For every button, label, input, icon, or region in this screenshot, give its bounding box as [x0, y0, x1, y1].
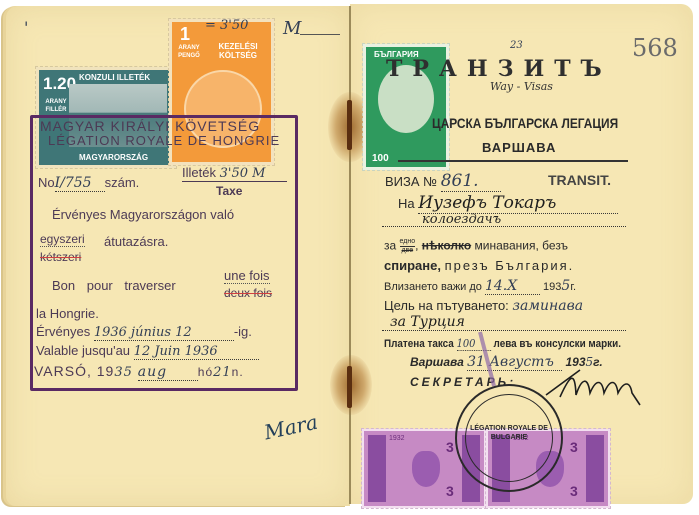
- purpose-label: Цель на пътуването:: [384, 298, 509, 313]
- staple-top: [347, 100, 352, 150]
- issue-place-label: VARSÓ, 19: [34, 363, 114, 379]
- visa-number-bg: 861.: [441, 171, 501, 192]
- city-title: ВАРШАВА: [482, 140, 556, 155]
- valid-until-hu-row: Érvényes 1936 június 12-ig.: [36, 324, 252, 341]
- for-label: за: [384, 239, 396, 253]
- twice-option-fr-struck: deux fois: [224, 286, 272, 300]
- visa-number-row-bg: ВИЗА № 861.: [385, 171, 501, 192]
- corner-line: [300, 34, 340, 35]
- legation-name-hu: MAGYAR KIRÁLYI KÖVETSÉG: [40, 118, 260, 134]
- visa-number: I/755: [55, 175, 105, 192]
- traverse-text-fr: Bon pour traverser: [52, 278, 176, 293]
- way-visas-subtitle: Way - Visas: [490, 80, 553, 93]
- holder-row: На Иузефъ Токаръ: [398, 193, 618, 214]
- issue-year: 35: [114, 365, 133, 380]
- stamp-denomination: ARANY PENGŐ: [174, 44, 204, 60]
- holder-name: Иузефъ Токаръ: [418, 193, 618, 214]
- issue-date-row: VARSÓ, 1935 aughó21n.: [34, 363, 244, 381]
- valid-until-value-fr: 12 Juin 1936: [134, 344, 259, 360]
- stop-text: спиране,: [384, 258, 441, 273]
- once-option-bg: едно: [400, 238, 416, 247]
- stamp-value: 3: [570, 483, 578, 499]
- valid-text-hu: Érvényes Magyarországon való: [52, 207, 234, 222]
- header-rule: [398, 160, 628, 162]
- lion-crest-icon: [412, 451, 440, 487]
- country-text-fr: la Hongrie.: [36, 306, 99, 321]
- valid-until-fr-row: Valable jusqu'au 12 Juin 1936: [36, 343, 259, 360]
- through-row: спиране, презъ България.: [384, 258, 574, 273]
- valid-until-label-hu: Érvényes: [36, 324, 90, 339]
- fee-row: Illeték 3'50 M: [182, 165, 287, 182]
- page-number: 23: [510, 40, 523, 51]
- through-text: презъ България.: [445, 258, 575, 273]
- secretary-signature: [540, 365, 650, 410]
- entry-year-prefix: 193: [543, 281, 561, 293]
- entry-valid-label: Влизането важи до: [384, 281, 482, 293]
- violet-ink-mark: [470, 330, 510, 390]
- stamp-title: KEZELÉSI KÖLTSÉG: [208, 42, 268, 60]
- valid-until-suffix-hu: -ig.: [234, 324, 252, 339]
- fee-suffix: лева въ консулски марки.: [494, 338, 621, 350]
- legation-round-seal: LÉGATION ROYALE DE BULGARIE: [455, 384, 563, 492]
- stamp-value: 3: [446, 439, 454, 455]
- stamp-side-band: [368, 435, 386, 502]
- visa-number-row: NoI/755szám.: [38, 175, 139, 192]
- transit-title: ТРАНЗИТЪ: [386, 56, 612, 82]
- month-suffix: hó: [198, 365, 213, 379]
- stamp-value: 3: [570, 439, 578, 455]
- seal-text: LÉGATION ROYALE DE BULGARIE: [463, 424, 555, 442]
- fee-label: Illeték: [182, 165, 216, 180]
- legation-name-fr: LÉGATION ROYALE DE HONGRIE: [48, 133, 280, 148]
- legation-title: ЦАРСКА БЪЛГАРСКА ЛЕГАЦИЯ: [432, 115, 618, 131]
- book-spine: [349, 6, 351, 504]
- entry-valid-value: 14.X: [485, 278, 540, 295]
- entry-year-value: 5: [561, 278, 570, 294]
- stamp-value: 1: [180, 24, 190, 45]
- entry-valid-row: Влизането важи до 14.X 1935г.: [384, 278, 576, 295]
- once-option-fr: une fois: [224, 268, 270, 284]
- day-suffix: n.: [232, 365, 244, 379]
- several-option-struck: нѣколко: [422, 239, 471, 253]
- visa-label: ВИЗА №: [385, 174, 437, 189]
- fee-label-bg: Платена такса: [384, 338, 454, 350]
- issue-month: aug: [138, 364, 198, 381]
- transit-label: TRANSIT.: [548, 172, 611, 188]
- stamp-value: 100: [372, 153, 389, 164]
- top-mark: ': [24, 18, 28, 37]
- valid-until-label-fr: Valable jusqu'au: [36, 343, 130, 358]
- fee-label-fr: Taxe: [216, 184, 242, 198]
- fee-value: 3'50 M: [220, 166, 266, 181]
- number-label: No: [38, 175, 55, 190]
- stamp-denomination: ARANY FILLÉR: [42, 98, 70, 114]
- crossings-text: минавания, безъ: [475, 239, 569, 253]
- stamp-value: 3: [446, 483, 454, 499]
- twice-option-bg-struck: две: [400, 247, 416, 255]
- corner-initial: M: [283, 18, 301, 39]
- once-option-hu: egyszeri: [40, 232, 85, 247]
- issue-place-bg: Варшава: [410, 355, 464, 369]
- issue-day: 21: [213, 365, 232, 380]
- crossings-row: за еднодве, нѣколко минавания, безъ: [384, 238, 568, 255]
- holder-occupation: колоездачъ: [422, 212, 501, 227]
- stamp-year: 1932: [389, 435, 405, 442]
- stamp-title: KONZULI ILLETÉK: [79, 73, 150, 82]
- purpose-value-1: заминава: [512, 298, 583, 314]
- to-label: На: [398, 196, 415, 211]
- purpose-row: Цель на пътуването: заминава: [384, 298, 583, 314]
- once-twice-fraction: еднодве: [400, 238, 416, 255]
- staple-bottom: [347, 366, 352, 408]
- purpose-value-2: за Турция: [390, 314, 465, 330]
- transit-text-hu: átutazásra.: [104, 234, 168, 249]
- occupation-line: [382, 226, 626, 227]
- twice-option-hu-struck: kétszeri: [40, 250, 81, 264]
- number-suffix: szám.: [105, 175, 140, 190]
- valid-until-value-hu: 1936 június 12: [94, 325, 234, 341]
- stamp-side-band: [586, 435, 604, 502]
- archive-number: 568: [632, 34, 678, 62]
- entry-year-suffix: г.: [570, 281, 576, 293]
- handwritten-fee: = 3'50: [205, 18, 248, 33]
